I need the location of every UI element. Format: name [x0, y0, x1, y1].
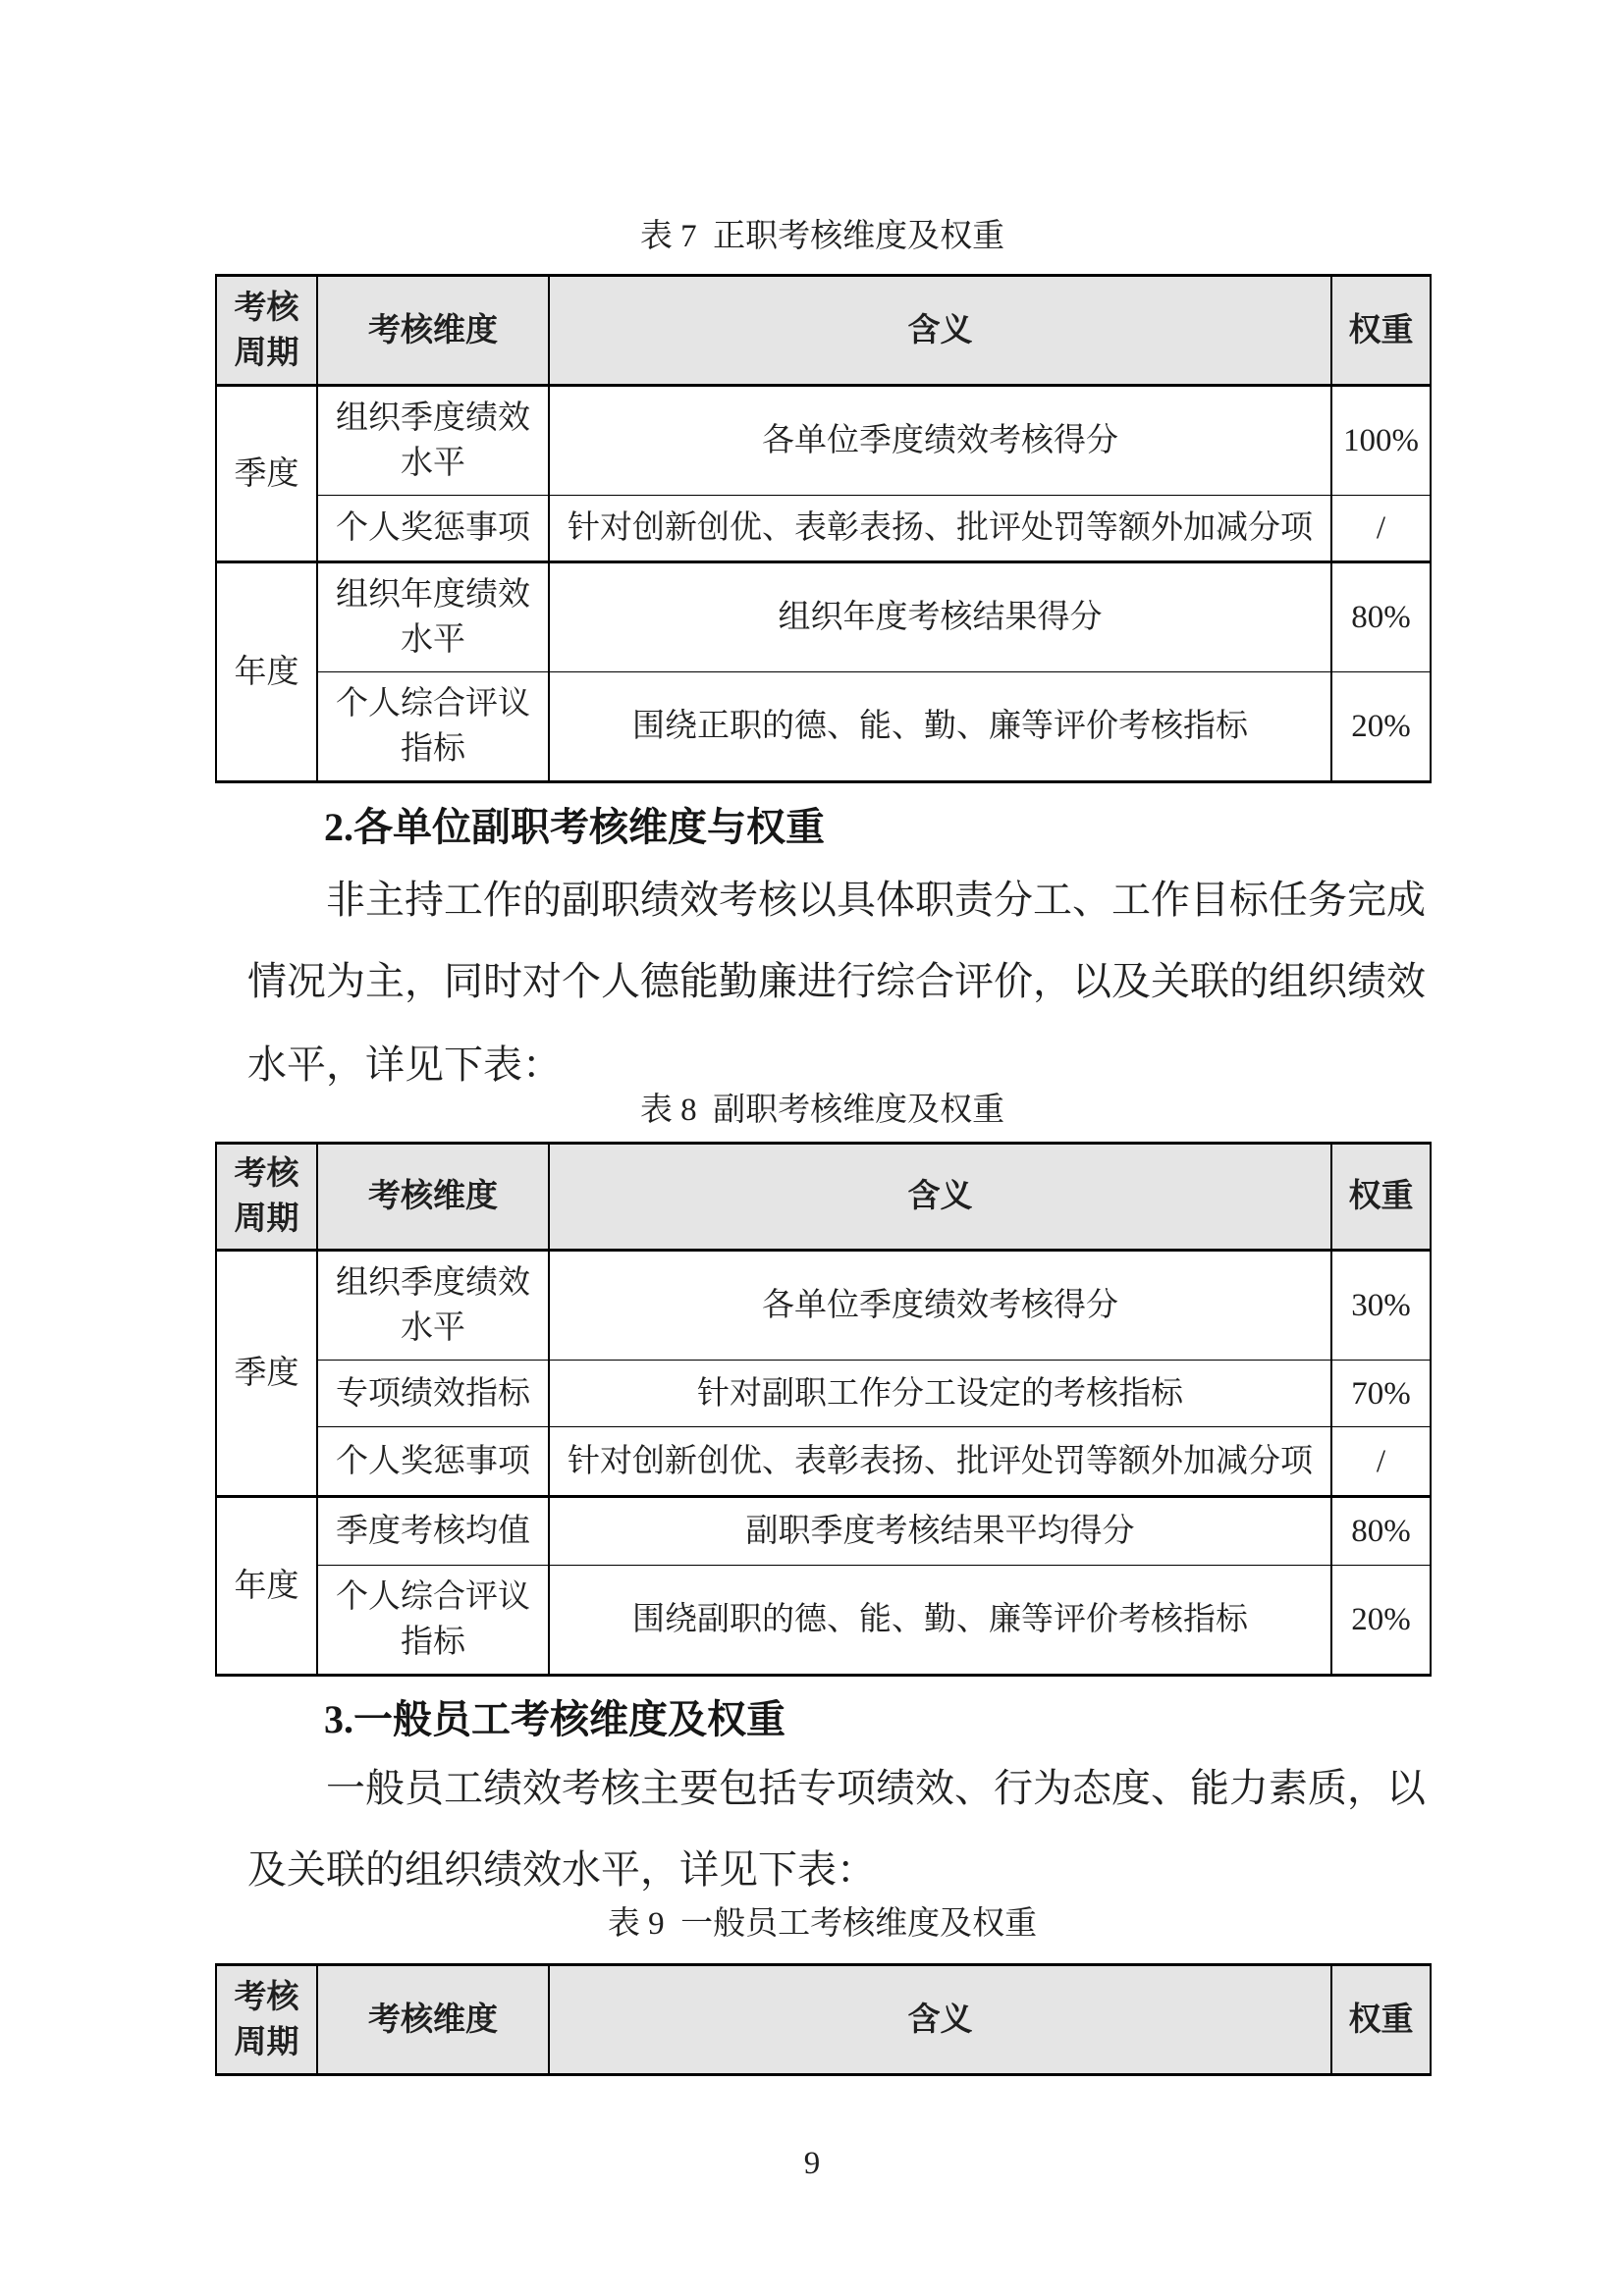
dimension-cell: 季度考核均值: [317, 1497, 549, 1566]
weight-cell: /: [1331, 1427, 1431, 1497]
weight-cell: 20%: [1331, 1566, 1431, 1676]
table7-principal-assessment: 考核周期考核维度含义权重 季度组织季度绩效水平各单位季度绩效考核得分100%个人…: [215, 274, 1432, 783]
column-header: 考核周期: [216, 276, 317, 386]
paragraph-line: 水平，详见下表：: [247, 1043, 562, 1087]
table-header-row: 考核周期考核维度含义权重: [216, 1144, 1431, 1251]
period-cell: 年度: [216, 562, 317, 782]
section-heading-3: 3.一般员工考核维度及权重: [324, 1697, 785, 1742]
column-header: 考核维度: [317, 1144, 549, 1251]
column-header: 含义: [549, 276, 1331, 386]
column-header: 权重: [1331, 276, 1431, 386]
table8-title: 表 8 副职考核维度及权重: [215, 1092, 1430, 1129]
column-header: 含义: [549, 1144, 1331, 1251]
weight-cell: /: [1331, 496, 1431, 562]
table-row: 年度季度考核均值副职季度考核结果平均得分80%: [216, 1497, 1431, 1566]
column-header: 含义: [549, 1965, 1331, 2075]
dimension-cell: 个人综合评议指标: [317, 672, 549, 782]
weight-cell: 20%: [1331, 672, 1431, 782]
paragraph-line: 情况为主，同时对个人德能勤廉进行综合评价，以及关联的组织绩效: [247, 960, 1426, 1003]
period-cell: 年度: [216, 1497, 317, 1676]
meaning-cell: 围绕正职的德、能、勤、廉等评价考核指标: [549, 672, 1331, 782]
table-row: 季度组织季度绩效水平各单位季度绩效考核得分100%: [216, 386, 1431, 496]
column-header: 权重: [1331, 1965, 1431, 2075]
dimension-cell: 个人奖惩事项: [317, 1427, 549, 1497]
table-header-row: 考核周期考核维度含义权重: [216, 276, 1431, 386]
dimension-cell: 专项绩效指标: [317, 1361, 549, 1427]
table-row: 个人奖惩事项针对创新创优、表彰表扬、批评处罚等额外加减分项/: [216, 1427, 1431, 1497]
meaning-cell: 副职季度考核结果平均得分: [549, 1497, 1331, 1566]
table-row: 个人综合评议指标围绕正职的德、能、勤、廉等评价考核指标20%: [216, 672, 1431, 782]
section-heading-2: 2.各单位副职考核维度与权重: [324, 805, 825, 850]
column-header: 考核维度: [317, 1965, 549, 2075]
table-header-row: 考核周期考核维度含义权重: [216, 1965, 1431, 2075]
meaning-cell: 组织年度考核结果得分: [549, 562, 1331, 672]
dimension-cell: 组织季度绩效水平: [317, 386, 549, 496]
dimension-cell: 组织年度绩效水平: [317, 562, 549, 672]
table9-general-staff-assessment: 考核周期考核维度含义权重: [215, 1963, 1432, 2076]
meaning-cell: 针对创新创优、表彰表扬、批评处罚等额外加减分项: [549, 496, 1331, 562]
meaning-cell: 针对副职工作分工设定的考核指标: [549, 1361, 1331, 1427]
dimension-cell: 个人综合评议指标: [317, 1566, 549, 1676]
document-page: 表 7 正职考核维度及权重 考核周期考核维度含义权重 季度组织季度绩效水平各单位…: [0, 0, 1624, 2296]
table9-title: 表 9 一般员工考核维度及权重: [215, 1905, 1430, 1943]
table7-title: 表 7 正职考核维度及权重: [215, 218, 1430, 255]
paragraph-line: 一般员工绩效考核主要包括专项绩效、行为态度、能力素质，以: [326, 1767, 1426, 1810]
table-row: 年度组织年度绩效水平组织年度考核结果得分80%: [216, 562, 1431, 672]
table-row: 季度组织季度绩效水平各单位季度绩效考核得分30%: [216, 1251, 1431, 1361]
table-row: 个人奖惩事项针对创新创优、表彰表扬、批评处罚等额外加减分项/: [216, 496, 1431, 562]
table-row: 专项绩效指标针对副职工作分工设定的考核指标70%: [216, 1361, 1431, 1427]
column-header: 考核维度: [317, 276, 549, 386]
column-header: 考核周期: [216, 1144, 317, 1251]
meaning-cell: 各单位季度绩效考核得分: [549, 1251, 1331, 1361]
meaning-cell: 针对创新创优、表彰表扬、批评处罚等额外加减分项: [549, 1427, 1331, 1497]
weight-cell: 80%: [1331, 562, 1431, 672]
meaning-cell: 围绕副职的德、能、勤、廉等评价考核指标: [549, 1566, 1331, 1676]
paragraph-line: 及关联的组织绩效水平，详见下表：: [247, 1848, 876, 1892]
weight-cell: 70%: [1331, 1361, 1431, 1427]
dimension-cell: 个人奖惩事项: [317, 496, 549, 562]
column-header: 考核周期: [216, 1965, 317, 2075]
weight-cell: 30%: [1331, 1251, 1431, 1361]
table8-deputy-assessment: 考核周期考核维度含义权重 季度组织季度绩效水平各单位季度绩效考核得分30%专项绩…: [215, 1142, 1432, 1677]
meaning-cell: 各单位季度绩效考核得分: [549, 386, 1331, 496]
dimension-cell: 组织季度绩效水平: [317, 1251, 549, 1361]
paragraph-line: 非主持工作的副职绩效考核以具体职责分工、工作目标任务完成: [326, 879, 1426, 922]
column-header: 权重: [1331, 1144, 1431, 1251]
weight-cell: 80%: [1331, 1497, 1431, 1566]
period-cell: 季度: [216, 1251, 317, 1497]
page-number: 9: [0, 2146, 1624, 2182]
period-cell: 季度: [216, 386, 317, 562]
table-row: 个人综合评议指标围绕副职的德、能、勤、廉等评价考核指标20%: [216, 1566, 1431, 1676]
weight-cell: 100%: [1331, 386, 1431, 496]
